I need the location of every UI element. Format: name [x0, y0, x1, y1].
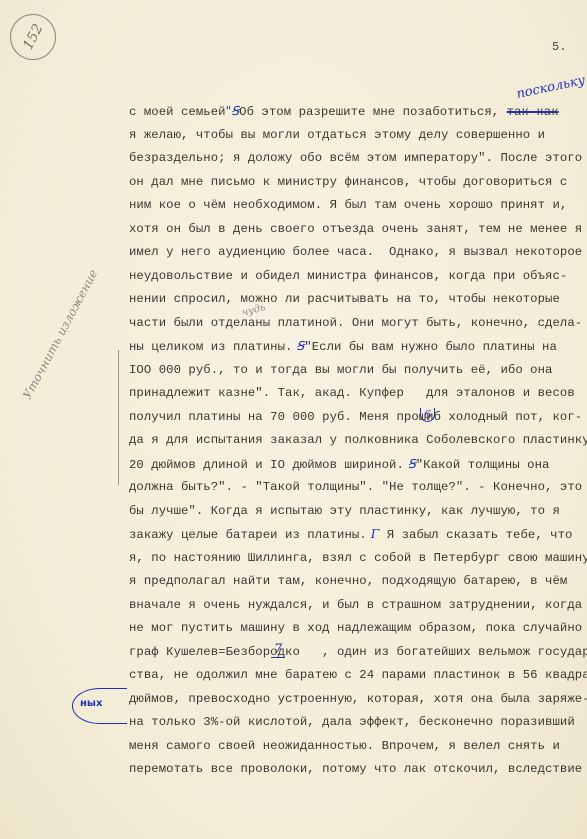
line-segment: ны целиком из платины.	[129, 340, 292, 354]
line-segment: закажу целые батареи из платины.	[129, 528, 367, 542]
text-line: дюймов, превосходно устроенную, которая,…	[129, 692, 587, 706]
margin-line	[118, 350, 119, 485]
margin-ink-note: ных	[80, 698, 102, 709]
text-line: граф Кушелев=Безбородко , один из богате…	[129, 645, 587, 659]
text-line: части были отделаны платиной. Они могут …	[129, 316, 582, 330]
struck-text: так как	[507, 105, 559, 119]
text-line: нении спросил, можно ли расчитывать на т…	[129, 292, 560, 306]
text-line: принадлежит казне". Так, акад. Купфер дл…	[129, 386, 575, 400]
ink-mark: Γ	[367, 527, 380, 541]
text-line: IOO 000 руб., то и тогда вы могли бы пол…	[129, 363, 552, 377]
text-line: перемотать все проволоки, потому что лак…	[129, 762, 582, 776]
line-segment: "Если бы вам нужно было платины на	[304, 340, 557, 354]
text-line: он дал мне письмо к министру финансов, ч…	[129, 175, 567, 189]
line-segment: "Какой толщины она	[416, 458, 550, 472]
text-line: получил платины на 70 000 руб. Меня прош…	[129, 410, 582, 424]
text-line: ны целиком из платины. Ꞩ"Если бы вам нуж…	[129, 339, 557, 354]
text-line: безраздельно; я доложу обо всём этом имп…	[129, 151, 582, 165]
text-line: с моей семьей"ꞨОб этом разрешите мне поз…	[129, 104, 559, 119]
text-line: ним кое о чём необходимом. Я был там оче…	[129, 198, 567, 212]
archive-number-text: 152	[20, 21, 46, 52]
archive-number-stamp: 152	[7, 11, 59, 63]
text-line: да я для испытания заказал у полковника …	[129, 433, 587, 447]
text-line: я желаю, чтобы вы могли отдаться этому д…	[129, 128, 545, 142]
ink-mark: Ꞩ	[404, 457, 416, 471]
text-line: неудовольствие и обидел министра финансо…	[129, 269, 567, 283]
line-segment: с моей семьей	[129, 105, 226, 119]
text-line: я предполагал найти там, конечно, подход…	[129, 574, 567, 588]
line-segment: Об этом разрешите мне позаботиться,	[239, 105, 506, 119]
page-number: 5.	[552, 40, 566, 54]
text-line: ства, не одолжил мне баратею с 24 парами…	[129, 668, 587, 682]
text-line: бы лучше". Когда я испытаю эту пластинку…	[129, 504, 560, 518]
text-line: не мог пустить машину в ход надлежащим о…	[129, 621, 582, 635]
ink-mark: "Ꞩ	[226, 104, 240, 118]
document-page: 152 5. поскольку чудь 6 7 Уточнить излож…	[0, 0, 587, 839]
text-line: меня самого своей неожиданностью. Впроче…	[129, 739, 560, 753]
text-line: на только 3%-ой кислотой, дала эффект, б…	[129, 715, 575, 729]
text-line: закажу целые батареи из платины. Γ Я заб…	[129, 527, 572, 542]
text-line: я, по настоянию Шиллинга, взял с собой в…	[129, 551, 587, 565]
line-segment: 20 дюймов длиной и IO дюймов шириной.	[129, 458, 404, 472]
ink-mark: Ꞩ	[292, 339, 304, 353]
text-line: имел у него аудиенцию более часа. Однако…	[129, 245, 582, 259]
text-line: вначале я очень нуждался, и был в страшн…	[129, 598, 582, 612]
text-line: должна быть?". - "Такой толщины". "Не то…	[129, 480, 587, 494]
margin-pencil-note: Уточнить изложение	[20, 267, 100, 401]
line-segment: Я забыл сказать тебе, что	[379, 528, 572, 542]
text-line: хотя он был в день своего отъезда очень …	[129, 222, 582, 236]
text-line: 20 дюймов длиной и IO дюймов шириной. Ꞩ"…	[129, 457, 549, 472]
handwritten-correction: поскольку	[515, 73, 586, 102]
